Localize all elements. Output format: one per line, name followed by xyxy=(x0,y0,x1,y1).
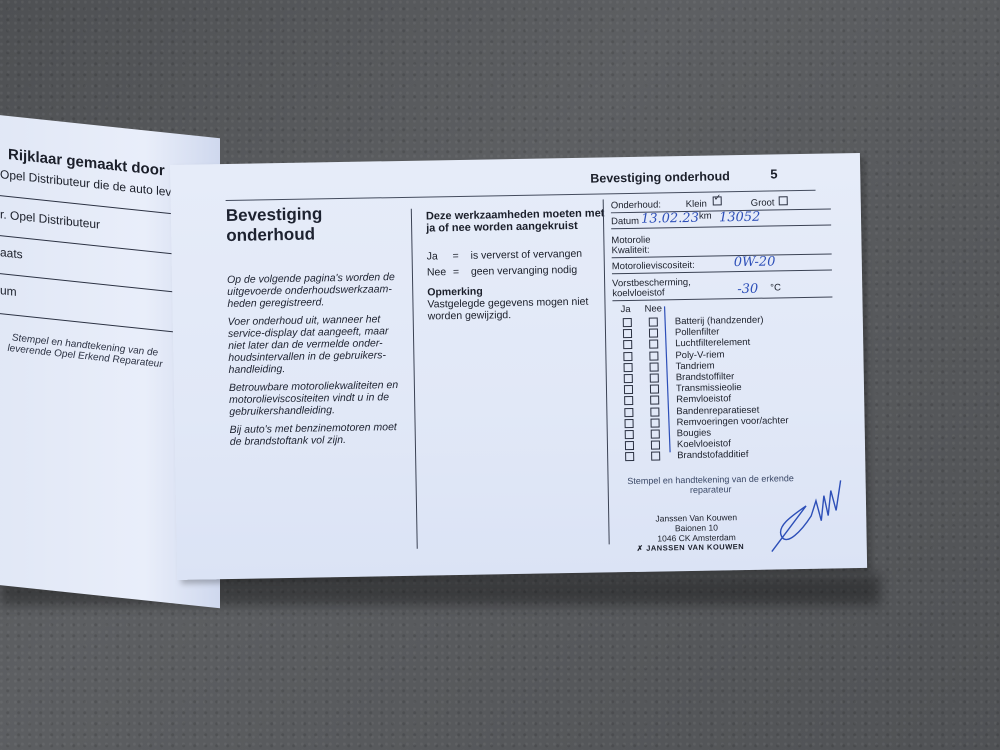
groot-label: Groot xyxy=(751,197,775,208)
legend-key: Nee xyxy=(427,266,453,278)
legend-row-ja: Ja = is ververst of vervangen xyxy=(427,247,607,262)
ja-checkbox[interactable] xyxy=(625,430,634,439)
form-line xyxy=(0,235,200,257)
groot-checkbox[interactable] xyxy=(779,196,788,205)
intro-title-1: Bevestiging xyxy=(226,204,406,224)
ja-checkbox[interactable] xyxy=(624,385,633,394)
ja-checkbox[interactable] xyxy=(624,408,633,417)
ja-checkbox[interactable] xyxy=(623,318,632,327)
datum-row: Datum 13.02.23 km 13052 xyxy=(611,211,831,229)
nee-checkbox[interactable] xyxy=(650,385,659,394)
checklist-label: Luchtfilterelement xyxy=(675,337,750,349)
nee-checkbox[interactable] xyxy=(650,407,659,416)
km-label: km xyxy=(699,211,712,222)
ja-checkbox[interactable] xyxy=(623,329,632,338)
maintenance-form: Onderhoud: Klein Groot Datum 13.02.23 km… xyxy=(611,195,837,544)
intro-paragraph: Betrouwbare motoroliekwaliteiten en moto… xyxy=(229,379,410,418)
nee-checkbox[interactable] xyxy=(650,396,659,405)
page-header: Bevestiging onderhoud xyxy=(590,169,730,185)
left-page-line-4: um xyxy=(0,283,17,299)
instructions-column: Deze werkzaamheden moeten met ja of nee … xyxy=(426,207,608,322)
vorst-unit: °C xyxy=(770,282,781,293)
nee-checkbox[interactable] xyxy=(651,452,660,461)
klein-label: Klein xyxy=(686,199,707,210)
dealer-brand-text: JANSSEN VAN KOUWEN xyxy=(646,542,744,553)
ja-checkbox[interactable] xyxy=(624,396,633,405)
checklist-label: Tandriem xyxy=(675,360,714,372)
dealer-logo-icon: ✗ xyxy=(637,544,644,553)
left-page-line-2: r. Opel Distributeur xyxy=(0,207,100,232)
nee-checkbox[interactable] xyxy=(649,329,658,338)
vorst-value[interactable]: -30 xyxy=(737,282,758,297)
legend-row-nee: Nee = geen vervanging nodig xyxy=(427,263,607,278)
nee-checkbox[interactable] xyxy=(651,429,660,438)
ja-checkbox[interactable] xyxy=(625,419,634,428)
legend-eq: = xyxy=(453,266,471,278)
checklist-label: Bougies xyxy=(677,428,712,440)
ja-column-label: Ja xyxy=(620,304,636,315)
viscositeit-label: Motorolieviscositeit: xyxy=(612,260,695,272)
km-value[interactable]: 13052 xyxy=(719,210,761,226)
checklist-label: Pollenfilter xyxy=(675,327,720,339)
viscositeit-row: Motorolieviscositeit: 0W-20 xyxy=(612,256,832,274)
left-stamp-note: Stempel en handtekening van de leverende… xyxy=(0,331,170,371)
checklist-label: Brandstofadditief xyxy=(677,449,748,461)
checklist-label: Remvoeringen voor/achter xyxy=(676,415,788,428)
nee-checkbox[interactable] xyxy=(650,418,659,427)
checklist-label: Batterij (handzender) xyxy=(675,315,764,328)
checklist-label: Poly-V-riem xyxy=(675,349,724,361)
nee-checkbox[interactable] xyxy=(649,318,658,327)
dealer-brand: ✗ JANSSEN VAN KOUWEN xyxy=(637,542,745,553)
klein-checkbox[interactable] xyxy=(713,196,722,205)
legend-value: geen vervanging nodig xyxy=(471,264,577,278)
instructions-heading: Deze werkzaamheden moeten met ja of nee … xyxy=(426,207,606,234)
page-number: 5 xyxy=(770,166,777,181)
checklist: Batterij (handzender)PollenfilterLuchtfi… xyxy=(613,313,836,462)
intro-paragraph: Op de volgende pagina's worden de uitgev… xyxy=(227,271,408,310)
ja-checkbox[interactable] xyxy=(624,374,633,383)
right-page: Bevestiging onderhoud 5 Bevestiging onde… xyxy=(170,153,867,580)
intro-title-2: onderhoud xyxy=(226,224,406,244)
kwaliteit-label: Kwaliteit: xyxy=(611,245,649,257)
dealer-stamp: Janssen Van Kouwen Baionen 10 1046 CK Am… xyxy=(636,512,757,544)
ja-checkbox[interactable] xyxy=(623,352,632,361)
checklist-item: Brandstofadditief xyxy=(615,448,835,463)
onderhoud-label: Onderhoud: xyxy=(611,199,661,211)
intro-paragraph: Voer onderhoud uit, wanneer het service-… xyxy=(228,313,409,376)
vorst-row: Vorstbescherming, koelvloeistof -30 °C xyxy=(612,272,832,301)
intro-paragraph: Bij auto's met benzinemotoren moet de br… xyxy=(230,421,410,448)
nee-checkbox[interactable] xyxy=(650,362,659,371)
checklist-label: Brandstoffilter xyxy=(676,371,735,383)
kwaliteit-row: Kwaliteit: xyxy=(611,242,831,258)
nee-checkbox[interactable] xyxy=(649,351,658,360)
remark-text: Vastgelegde gegevens mogen niet worden g… xyxy=(427,295,607,322)
column-divider xyxy=(411,209,418,549)
viscositeit-value[interactable]: 0W-20 xyxy=(734,254,776,270)
left-page-line-3: aats xyxy=(0,245,23,261)
vorst-label-2: koelvloeistof xyxy=(612,287,664,299)
checklist-label: Transmissieolie xyxy=(676,382,742,394)
nee-column-label: Nee xyxy=(644,303,660,314)
intro-column: Bevestiging onderhoud Op de volgende pag… xyxy=(226,201,410,448)
nee-checkbox[interactable] xyxy=(650,374,659,383)
datum-label: Datum xyxy=(611,216,639,227)
nee-checkbox[interactable] xyxy=(651,441,660,450)
form-line xyxy=(0,273,200,295)
checklist-label: Remvloeistof xyxy=(676,394,731,406)
nee-checkbox[interactable] xyxy=(649,340,658,349)
ja-checkbox[interactable] xyxy=(625,441,634,450)
legend-key: Ja xyxy=(427,250,453,262)
form-line xyxy=(0,313,200,335)
legend-value: is ververst of vervangen xyxy=(471,248,583,262)
signature-icon xyxy=(766,475,847,556)
checklist-label: Koelvloeistof xyxy=(677,438,731,450)
ja-checkbox[interactable] xyxy=(625,452,634,461)
ja-checkbox[interactable] xyxy=(623,340,632,349)
datum-value[interactable]: 13.02.23 xyxy=(641,211,699,227)
legend-eq: = xyxy=(453,250,471,262)
ja-checkbox[interactable] xyxy=(624,363,633,372)
